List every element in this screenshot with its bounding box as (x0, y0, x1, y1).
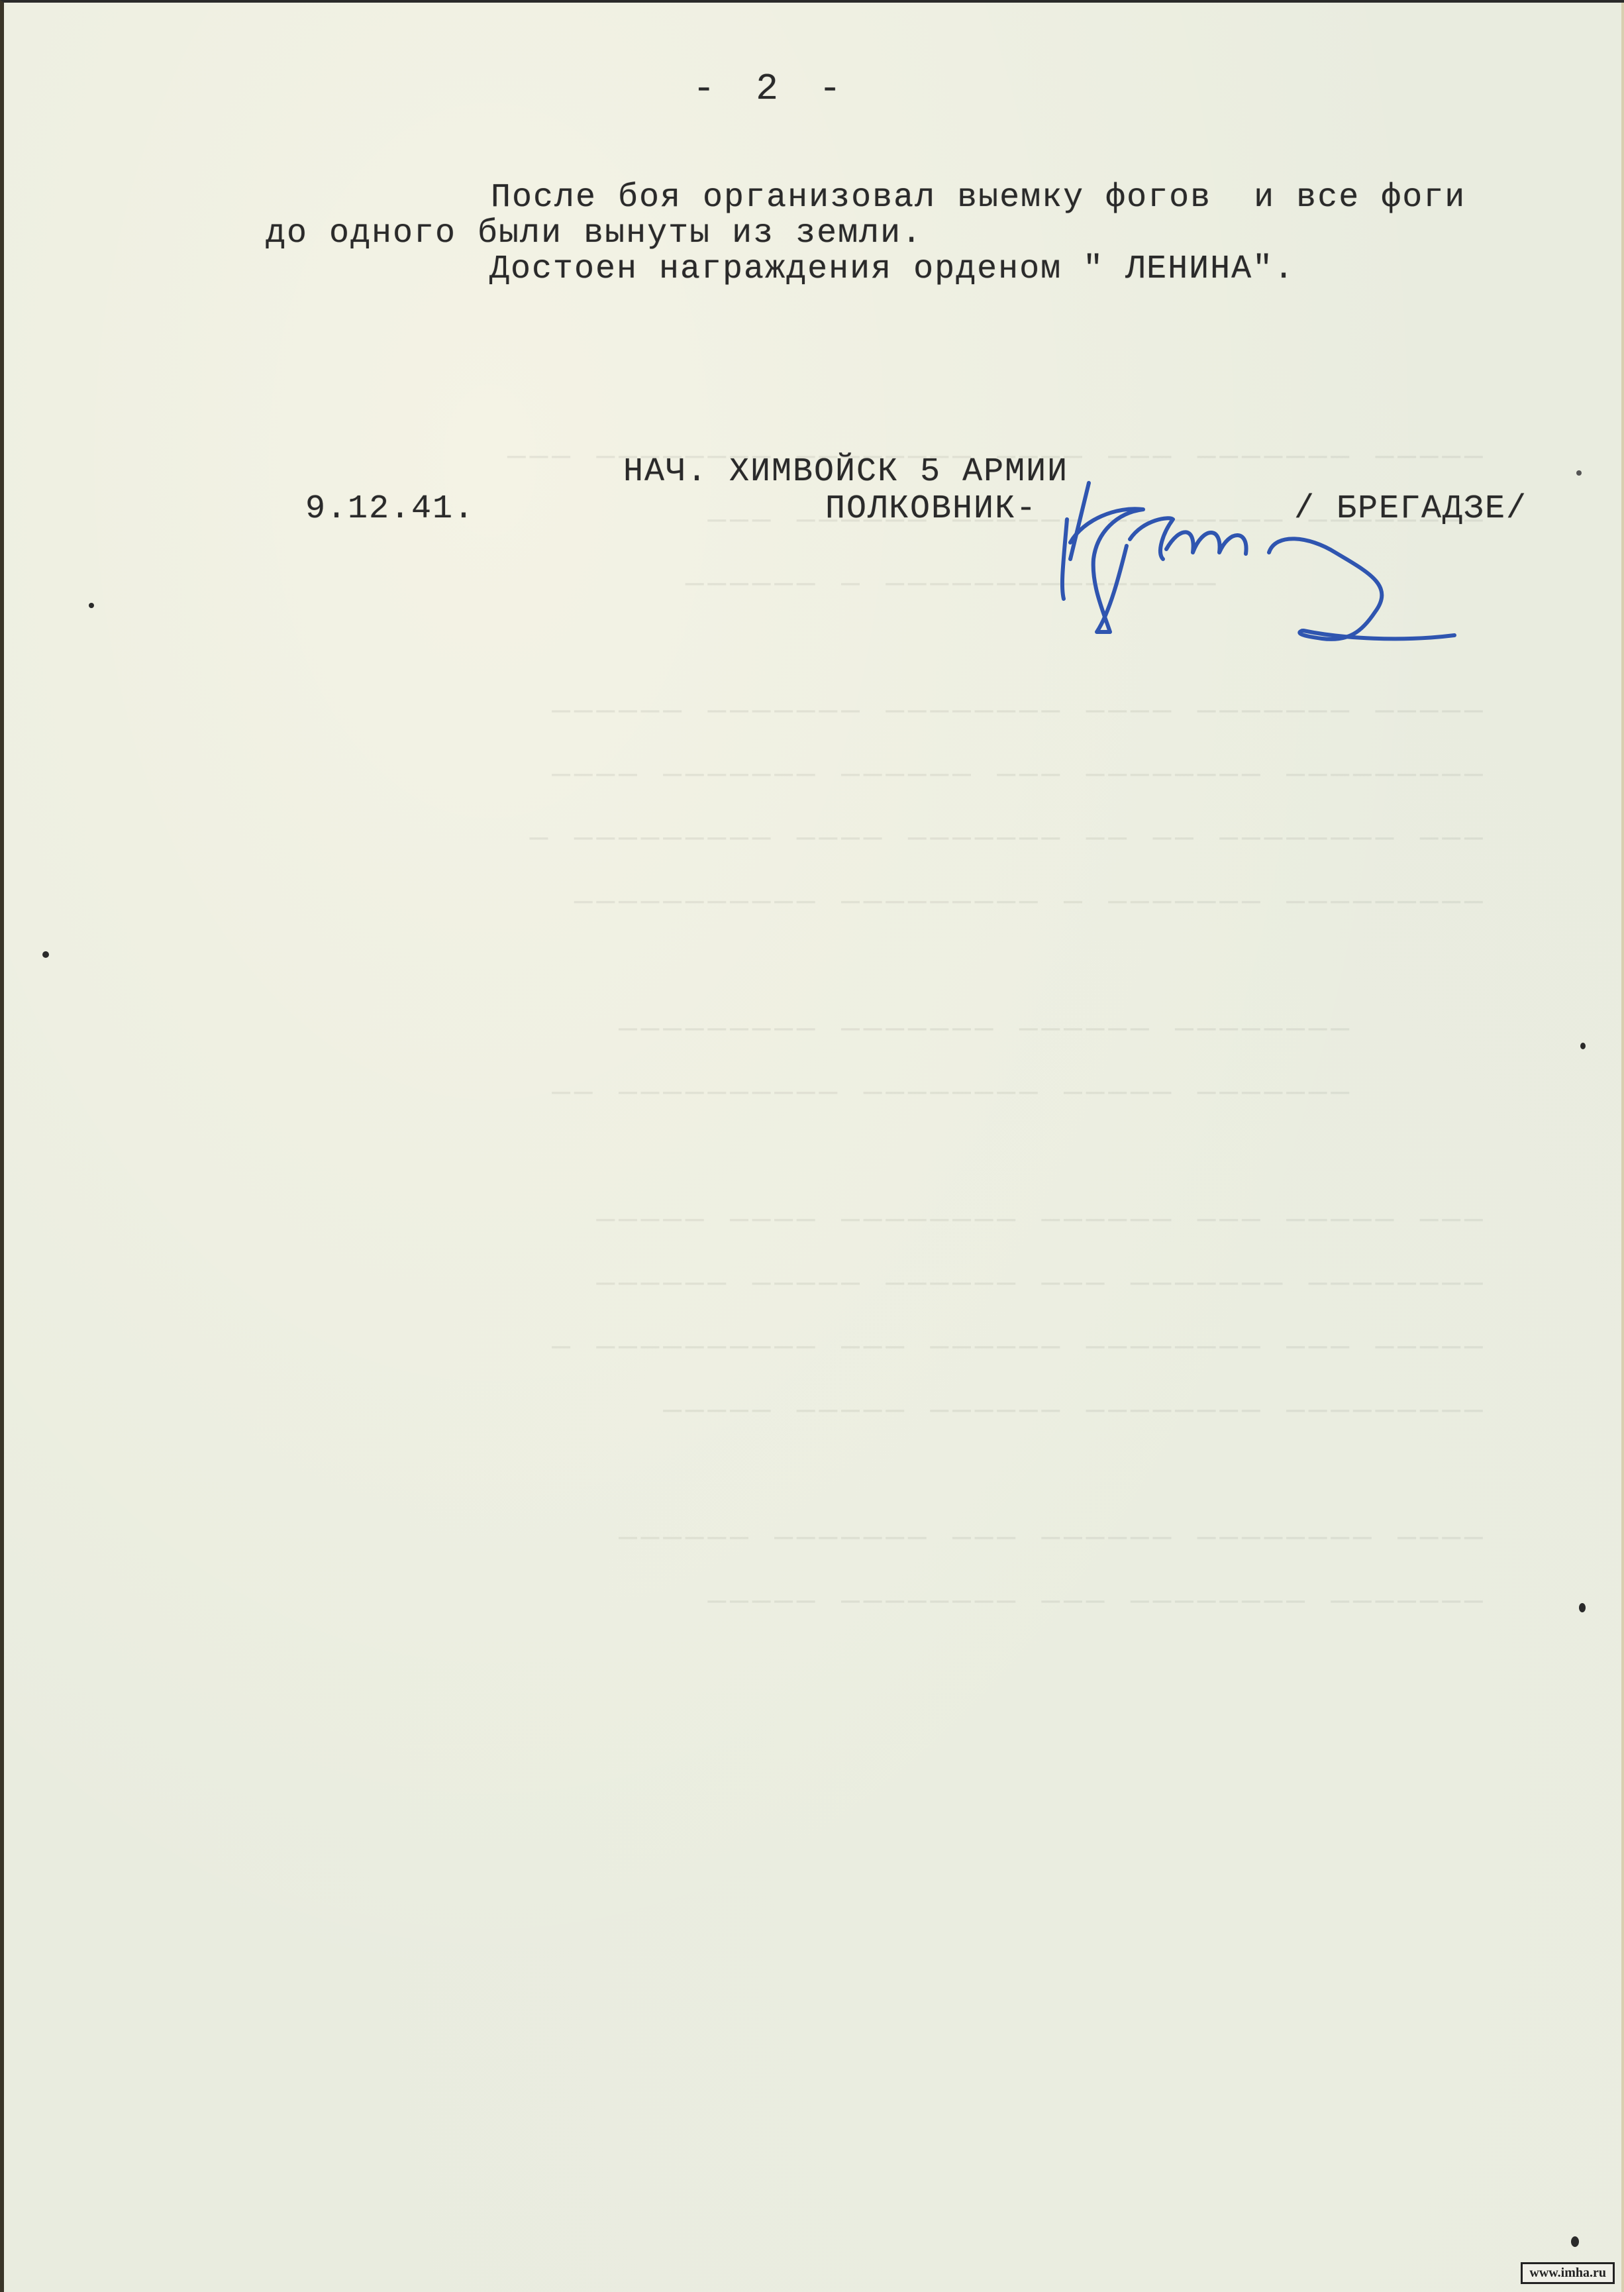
page-number: - 2 - (693, 68, 850, 110)
paper-speck (89, 603, 94, 608)
paper-speck (42, 951, 49, 958)
handwritten-signature-icon (1057, 480, 1507, 652)
paper-speck (1571, 2236, 1579, 2247)
paper-speck (1579, 1603, 1586, 1612)
reverse-side-bleed-through: ───── ─────── ─── ──── ──────── ────────… (136, 109, 1527, 2162)
body-line-2: до одного были вынуты из земли. (266, 215, 923, 252)
archive-watermark: www.imha.ru (1521, 2262, 1615, 2284)
page-edge (1621, 3, 1624, 2292)
paper-speck (1576, 470, 1582, 476)
paper-speck (1580, 1043, 1586, 1049)
body-line-3: Достоен награждения орденом " ЛЕНИНА". (489, 250, 1295, 288)
signatory-title: НАЧ. ХИМВОЙСК 5 АРМИИ (623, 453, 1068, 491)
document-date: 9.12.41. (305, 490, 475, 528)
document-page: ───── ─────── ─── ──── ──────── ────────… (0, 0, 1624, 2292)
signatory-rank: ПОЛКОВНИК- (825, 490, 1037, 528)
body-line-1: После боя организовал выемку фогов и все… (491, 179, 1466, 217)
